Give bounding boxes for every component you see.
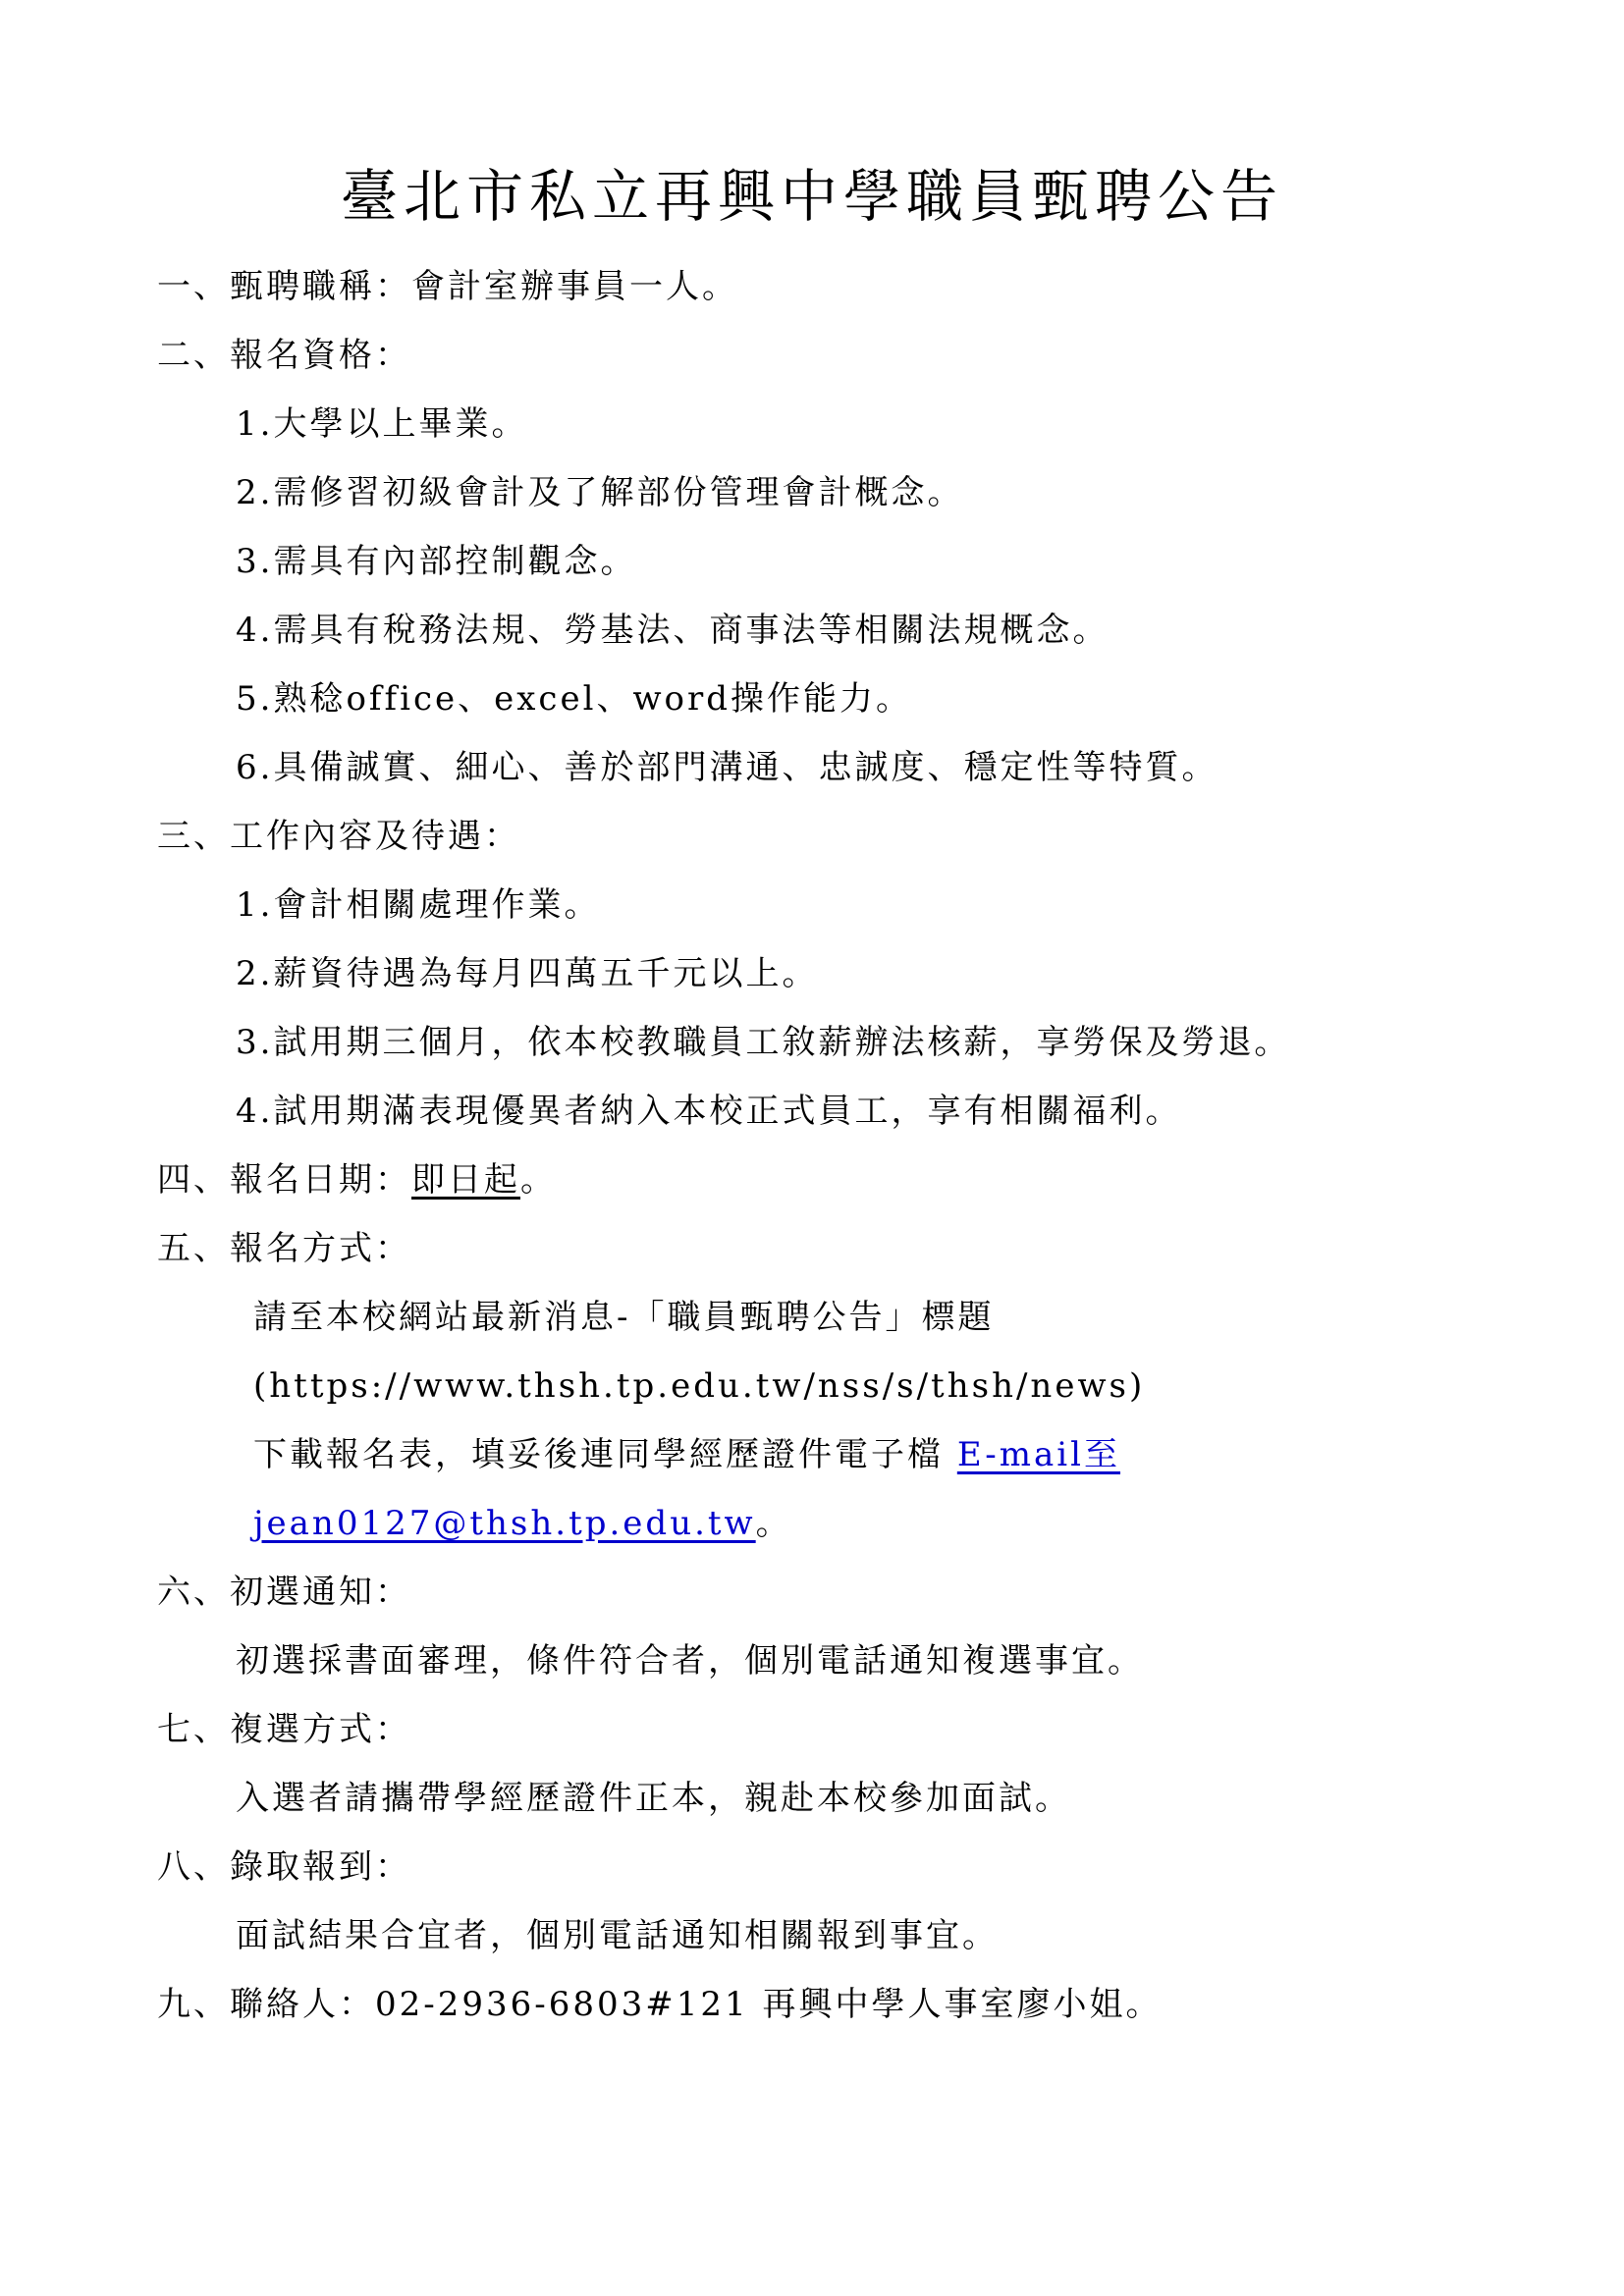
section-7-body: 入選者請攜帶學經歷證件正本，親赴本校參加面試。 xyxy=(236,1775,1071,1822)
list-item: 3.試用期三個月，依本校教職員工敘薪辦法核薪，享勞保及勞退。 xyxy=(236,1019,1290,1066)
section-8-body: 面試結果合宜者，個別電話通知相關報到事宜。 xyxy=(236,1912,999,1959)
list-item: 3.需具有內部控制觀念。 xyxy=(236,538,636,585)
list-item: 2.需修習初級會計及了解部份管理會計概念。 xyxy=(236,469,963,516)
email-link[interactable]: jean0127@thsh.tp.edu.tw xyxy=(253,1504,756,1543)
section-6-heading: 六、初選通知： xyxy=(157,1569,411,1616)
section-7-heading: 七、複選方式： xyxy=(157,1706,411,1753)
page-title: 臺北市私立再興中學職員甄聘公告 xyxy=(0,157,1624,236)
section-5-instruction: 請至本校網站最新消息-「職員甄聘公告」標題 xyxy=(253,1294,995,1341)
section-3-heading: 三、工作內容及待遇： xyxy=(157,813,520,860)
section-1-heading: 一、甄聘職稱：會計室辦事員一人。 xyxy=(157,263,738,310)
document-page: 臺北市私立再興中學職員甄聘公告 一、甄聘職稱：會計室辦事員一人。 二、報名資格：… xyxy=(0,0,1624,2296)
website-url: (https://www.thsh.tp.edu.tw/nss/s/thsh/n… xyxy=(253,1362,1145,1410)
punctuation: 。 xyxy=(520,1160,557,1200)
list-item: 1.會計相關處理作業。 xyxy=(236,881,600,929)
punctuation: 。 xyxy=(756,1504,792,1543)
list-item: 5.熟稔office、excel、word操作能力。 xyxy=(236,675,912,722)
section-6-body: 初選採書面審理，條件符合者，個別電話通知複選事宜。 xyxy=(236,1637,1144,1684)
list-item: 2.薪資待遇為每月四萬五千元以上。 xyxy=(236,950,818,997)
section-4-row: 四、報名日期：即日起。 xyxy=(157,1156,557,1203)
section-4-heading: 四、報名日期： xyxy=(157,1160,411,1200)
application-date: 即日起 xyxy=(411,1160,520,1200)
section-9-contact: 九、聯絡人：02-2936-6803#121 再興中學人事室廖小姐。 xyxy=(157,1981,1163,2028)
list-item: 1.大學以上畢業。 xyxy=(236,400,527,448)
list-item: 6.具備誠實、細心、善於部門溝通、忠誠度、穩定性等特質。 xyxy=(236,744,1218,791)
section-8-heading: 八、錄取報到： xyxy=(157,1843,411,1891)
email-link-label[interactable]: E-mail至 xyxy=(957,1435,1120,1474)
section-2-heading: 二、報名資格： xyxy=(157,332,411,379)
download-instruction: 下載報名表，填妥後連同學經歷證件電子檔 xyxy=(253,1435,944,1474)
section-5-download-row: 下載報名表，填妥後連同學經歷證件電子檔 E-mail至 xyxy=(253,1431,1120,1478)
email-row: jean0127@thsh.tp.edu.tw。 xyxy=(253,1500,792,1547)
list-item: 4.試用期滿表現優異者納入本校正式員工，享有相關福利。 xyxy=(236,1088,1181,1135)
section-5-heading: 五、報名方式： xyxy=(157,1225,411,1272)
list-item: 4.需具有稅務法規、勞基法、商事法等相關法規概念。 xyxy=(236,607,1109,654)
